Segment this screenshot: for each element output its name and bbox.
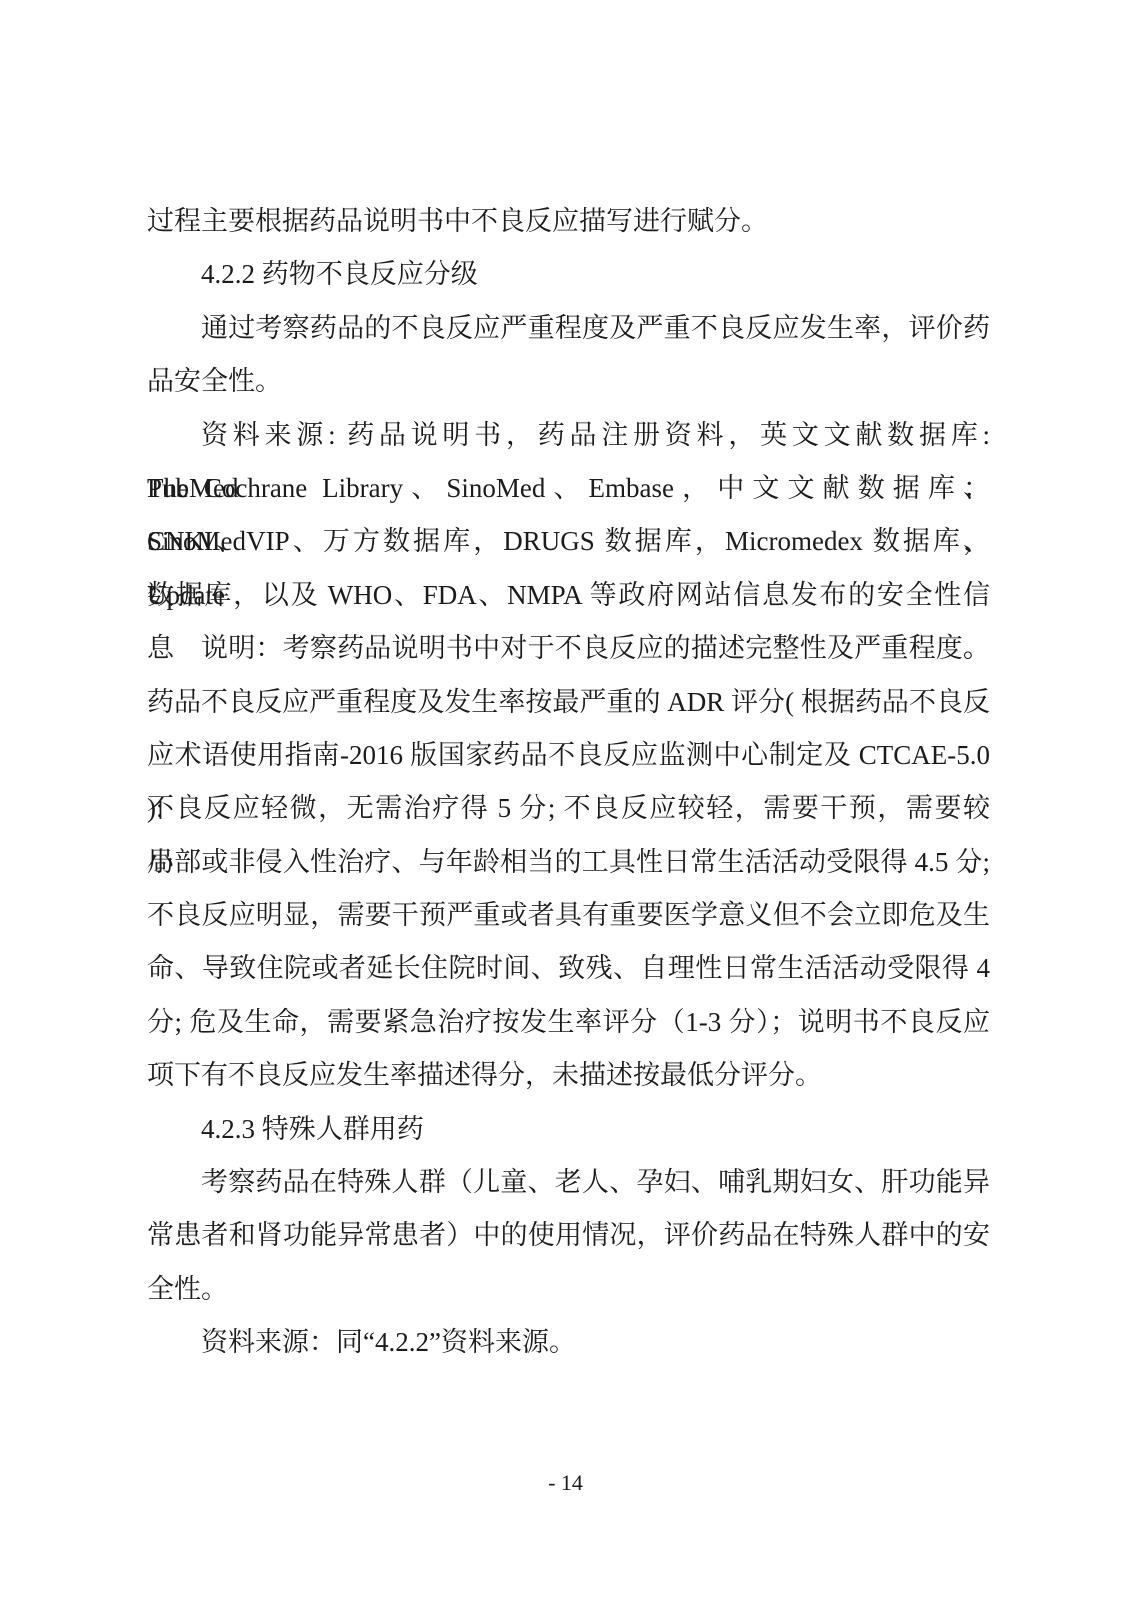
paragraph-line: 数据库，以及 WHO、FDA、NMPA 等政府网站信息发布的安全性信息。 — [147, 569, 990, 622]
paragraph-line: 品安全性。 — [147, 355, 990, 408]
paragraph-line: 资料来源: 药品说明书，药品注册资料，英文文献数据库: PubMed、 — [147, 409, 990, 462]
paragraph-line: 不良反应明显，需要干预严重或者具有重要医学意义但不会立即危及生 — [147, 889, 990, 942]
document-page: 过程主要根据药品说明书中不良反应描写进行赋分。 4.2.2 药物不良反应分级 通… — [0, 0, 1131, 1600]
paragraph-line: 分; 危及生命，需要紧急治疗按发生率评分（1-3 分）；说明书不良反应 — [147, 996, 990, 1049]
paragraph-line: 不良反应轻微，无需治疗得 5 分; 不良反应较轻，需要干预，需要较小、 — [147, 782, 990, 835]
paragraph-line: 常患者和肾功能异常患者）中的使用情况，评价药品在特殊人群中的安 — [147, 1209, 990, 1262]
paragraph-line: 应术语使用指南-2016 版国家药品不良反应监测中心制定及 CTCAE-5.0 … — [147, 729, 990, 782]
paragraph-line: 考察药品在特殊人群（儿童、老人、孕妇、哺乳期妇女、肝功能异 — [147, 1156, 990, 1209]
page-number: - 14 — [548, 1470, 583, 1495]
paragraph-line: 通过考察药品的不良反应严重程度及严重不良反应发生率，评价药 — [147, 302, 990, 355]
paragraph-line: 局部或非侵入性治疗、与年龄相当的工具性日常生活活动受限得 4.5 分; — [147, 836, 990, 889]
page-body: 过程主要根据药品说明书中不良反应描写进行赋分。 4.2.2 药物不良反应分级 通… — [147, 195, 990, 1370]
paragraph-line: 过程主要根据药品说明书中不良反应描写进行赋分。 — [147, 195, 990, 248]
page-footer: - 14 — [0, 1468, 1131, 1498]
paragraph-line: 资料来源：同“4.2.2”资料来源。 — [147, 1316, 990, 1369]
paragraph-line: 命、导致住院或者延长住院时间、致残、自理性日常生活活动受限得 4 — [147, 942, 990, 995]
section-heading: 4.2.2 药物不良反应分级 — [147, 248, 990, 301]
paragraph-line: 说明：考察药品说明书中对于不良反应的描述完整性及严重程度。 — [147, 622, 990, 675]
paragraph-line: 药品不良反应严重程度及发生率按最严重的 ADR 评分( 根据药品不良反 — [147, 676, 990, 729]
paragraph-line: 全性。 — [147, 1263, 990, 1316]
paragraph-line: The Cochrane Library、SinoMed、Embase，中文文献… — [147, 462, 990, 515]
paragraph-line: 项下有不良反应发生率描述得分，未描述按最低分评分。 — [147, 1049, 990, 1102]
paragraph-line: CNKI、VIP、万方数据库，DRUGS 数据库，Micromedex 数据库，… — [147, 515, 990, 568]
section-heading: 4.2.3 特殊人群用药 — [147, 1103, 990, 1156]
